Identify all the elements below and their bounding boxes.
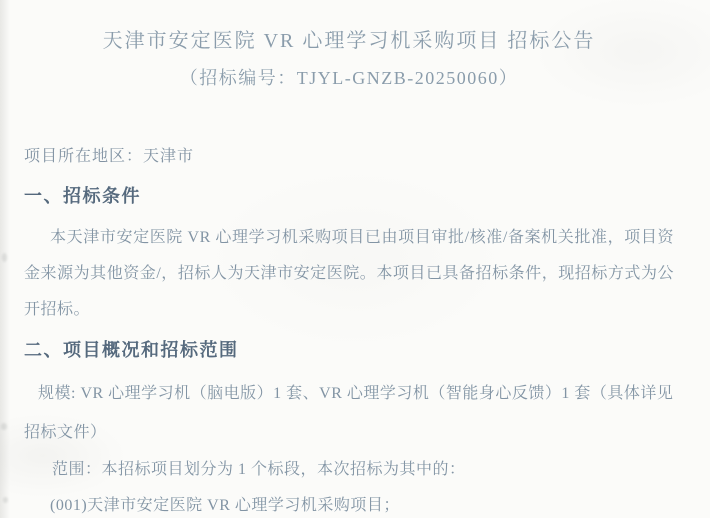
tender-announcement-page: 天津市安定医院 VR 心理学习机采购项目 招标公告 （招标编号：TJYL-GNZ… [0, 0, 710, 518]
section-1-conditions-paragraph: 本天津市安定医院 VR 心理学习机采购项目已由项目审批/核准/备案机关批准，项目… [24, 220, 674, 328]
scan-artifact [2, 253, 7, 262]
tender-scope-paragraph: 范围：本招标项目划分为 1 个标段，本次招标为其中的： [24, 452, 674, 488]
section-1-heading: 一、招标条件 [24, 184, 674, 208]
document-title: 天津市安定医院 VR 心理学习机采购项目 招标公告 [24, 26, 674, 56]
section-2-heading: 二、项目概况和招标范围 [24, 338, 674, 362]
lot-001-paragraph: (001)天津市安定医院 VR 心理学习机采购项目； [24, 488, 674, 518]
scan-artifact [1, 423, 7, 430]
scan-artifact [3, 497, 8, 503]
project-location-line: 项目所在地区：天津市 [24, 146, 674, 168]
project-scale-paragraph: 规模: VR 心理学习机（脑电版）1 套、VR 心理学习机（智能身心反馈）1 套… [24, 374, 674, 452]
tender-number: （招标编号：TJYL-GNZB-20250060） [24, 64, 674, 92]
